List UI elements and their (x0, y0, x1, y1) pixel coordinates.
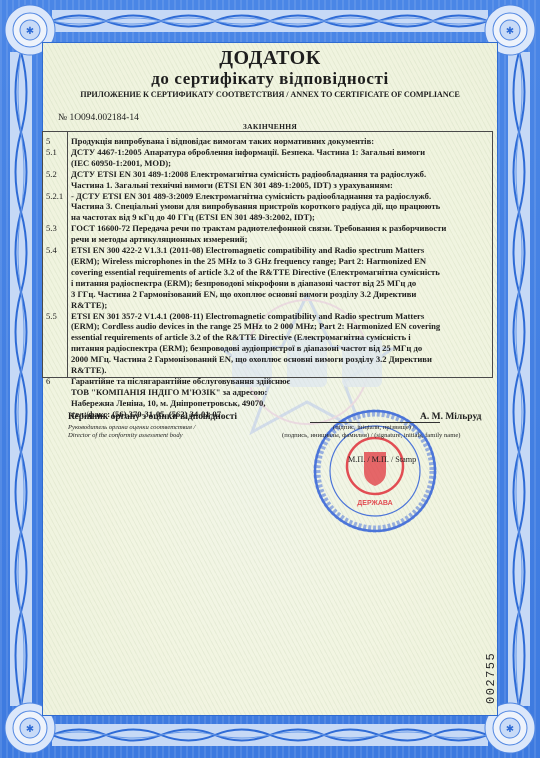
clause-text: ГОСТ 16600-72 Передача речи по трактам р… (67, 223, 492, 234)
table-row: R&TTE). (43, 365, 492, 376)
signature-caption-uk: (підпис, ініціали, прізвище) / (333, 424, 414, 431)
clause-number (43, 365, 67, 376)
clause-number: 5 (43, 136, 67, 147)
clause-number (43, 180, 67, 191)
requirements-rows: 5Продукція випробувана і відповідає вимо… (43, 136, 492, 420)
table-row: essential requirements of article 3.2 of… (43, 332, 492, 343)
clause-text: (ERM); Cordless audio devices in the ran… (67, 321, 492, 332)
table-row: (IEC 60950-1:2001, MOD); (43, 158, 492, 169)
clause-number (43, 234, 67, 245)
signature-line (310, 422, 440, 423)
clause-text: essential requirements of article 3.2 of… (67, 332, 492, 343)
clause-text: Частина 1. Загальні технічні вимоги (ETS… (67, 180, 492, 191)
signer-name: А. М. Мільруд (420, 412, 481, 422)
table-row: речи и методы артикуляционных измерений; (43, 234, 492, 245)
clause-number: 5.2.1 (43, 191, 67, 202)
clause-number (43, 278, 67, 289)
clause-text: ETSI EN 301 357-2 V1.4.1 (2008-11) Elect… (67, 311, 492, 322)
clause-number (43, 256, 67, 267)
clause-number (43, 332, 67, 343)
clause-text: речи и методы артикуляционных измерений; (67, 234, 492, 245)
table-row: Частина 1. Загальні технічні вимоги (ETS… (43, 180, 492, 191)
table-row: 6Гарантійне та післягарантійне обслугову… (43, 376, 492, 387)
clause-number (43, 343, 67, 354)
clause-text: 3 ГГц. Частина 2 Гармонізований EN, що о… (67, 289, 492, 300)
clause-text: Частина 3. Спеціальні умови для випробув… (67, 201, 492, 212)
table-row: питання радіоспектра (ERM); безпроводові… (43, 343, 492, 354)
signer-role-ru: Руководитель органа оценки соответствия … (68, 424, 195, 431)
clause-text: питання радіоспектра (ERM); безпроводові… (67, 343, 492, 354)
clause-text: ETSI EN 300 422-2 V1.3.1 (2011-08) Elect… (67, 245, 492, 256)
section-heading: ЗАКІНЧЕННЯ (0, 122, 540, 131)
table-row: 2000 МГц. Частина 2 Гармонізований EN, щ… (43, 354, 492, 365)
stamp-label: М.П. / М.П. / Stamp (348, 455, 416, 464)
table-row: і питання радіоспектра (ERM); безпроводо… (43, 278, 492, 289)
svg-text:ДЕРЖАВА: ДЕРЖАВА (357, 500, 392, 507)
table-row: 5.1ДСТУ 4467-1:2005 Апаратура оброблення… (43, 147, 492, 158)
clause-text: і питання радіоспектра (ERM); безпроводо… (67, 278, 492, 289)
table-row: 5Продукція випробувана і відповідає вимо… (43, 136, 492, 147)
clause-text: (ERM); Wireless microphones in the 25 MH… (67, 256, 492, 267)
clause-text: 2000 МГц. Частина 2 Гармонізований EN, щ… (67, 354, 492, 365)
clause-number (43, 387, 67, 398)
signer-role: Керівник органу з оцінки відповідності (68, 412, 237, 422)
clause-number (43, 289, 67, 300)
table-row: на частотах від 9 кГц до 40 ГГц (ETSI EN… (43, 212, 492, 223)
clause-number: 5.2 (43, 169, 67, 180)
clause-text: ДСТУ 4467-1:2005 Апаратура оброблення ін… (67, 147, 492, 158)
table-row: Частина 3. Спеціальні умови для випробув… (43, 201, 492, 212)
clause-text: R&TTE); (67, 300, 492, 311)
table-row: 5.2.1- ДСТУ ETSI EN 301 489-3:2009 Елект… (43, 191, 492, 202)
table-row: 5.5ETSI EN 301 357-2 V1.4.1 (2008-11) El… (43, 311, 492, 322)
clause-number (43, 158, 67, 169)
clause-number: 5.4 (43, 245, 67, 256)
requirements-table: 5Продукція випробувана і відповідає вимо… (42, 131, 493, 378)
clause-number: 6 (43, 376, 67, 387)
clause-text: - ДСТУ ETSI EN 301 489-3:2009 Електромаг… (67, 191, 492, 202)
table-row: 3 ГГц. Частина 2 Гармонізований EN, що о… (43, 289, 492, 300)
clause-number (43, 354, 67, 365)
clause-number (43, 212, 67, 223)
table-row: (ERM); Wireless microphones in the 25 MH… (43, 256, 492, 267)
document-subtitle-translations: ПРИЛОЖЕНИЕ К СЕРТИФИКАТУ СООТВЕТСТВИЯ / … (0, 90, 540, 99)
clause-number: 5.1 (43, 147, 67, 158)
table-row: R&TTE); (43, 300, 492, 311)
table-row: 5.4ETSI EN 300 422-2 V1.3.1 (2011-08) El… (43, 245, 492, 256)
clause-text: ТОВ "КОМПАНІЯ ІНДІГО М'ЮЗІК" за адресою: (67, 387, 492, 398)
clause-number: 5.3 (43, 223, 67, 234)
clause-text: R&TTE). (67, 365, 492, 376)
document-subtitle: до сертифікату відповідності (0, 69, 540, 89)
table-row: 5.2ДСТУ ETSI EN 301 489-1:2008 Електрома… (43, 169, 492, 180)
document-title: ДОДАТОК (0, 47, 540, 70)
table-row: covering essential requirements of artic… (43, 267, 492, 278)
clause-text: Продукція випробувана і відповідає вимог… (67, 136, 492, 147)
clause-text: covering essential requirements of artic… (67, 267, 492, 278)
clause-number (43, 409, 67, 420)
clause-number (43, 398, 67, 409)
table-row: (ERM); Cordless audio devices in the ran… (43, 321, 492, 332)
clause-text: (IEC 60950-1:2001, MOD); (67, 158, 492, 169)
table-row: 5.3ГОСТ 16600-72 Передача речи по тракта… (43, 223, 492, 234)
clause-number (43, 201, 67, 212)
clause-number: 5.5 (43, 311, 67, 322)
clause-text: Гарантійне та післягарантійне обслуговув… (67, 376, 492, 387)
clause-text: на частотах від 9 кГц до 40 ГГц (ETSI EN… (67, 212, 492, 223)
signature-caption-ru-en: (подпись, инициалы, фамилия) / (signatur… (282, 432, 460, 439)
table-row: ТОВ "КОМПАНІЯ ІНДІГО М'ЮЗІК" за адресою: (43, 387, 492, 398)
clause-number (43, 321, 67, 332)
clause-number (43, 267, 67, 278)
clause-text: ДСТУ ETSI EN 301 489-1:2008 Електромагні… (67, 169, 492, 180)
clause-number (43, 300, 67, 311)
serial-number: 002755 (484, 652, 498, 704)
signer-role-en: Director of the conformity assessment bo… (68, 432, 183, 439)
